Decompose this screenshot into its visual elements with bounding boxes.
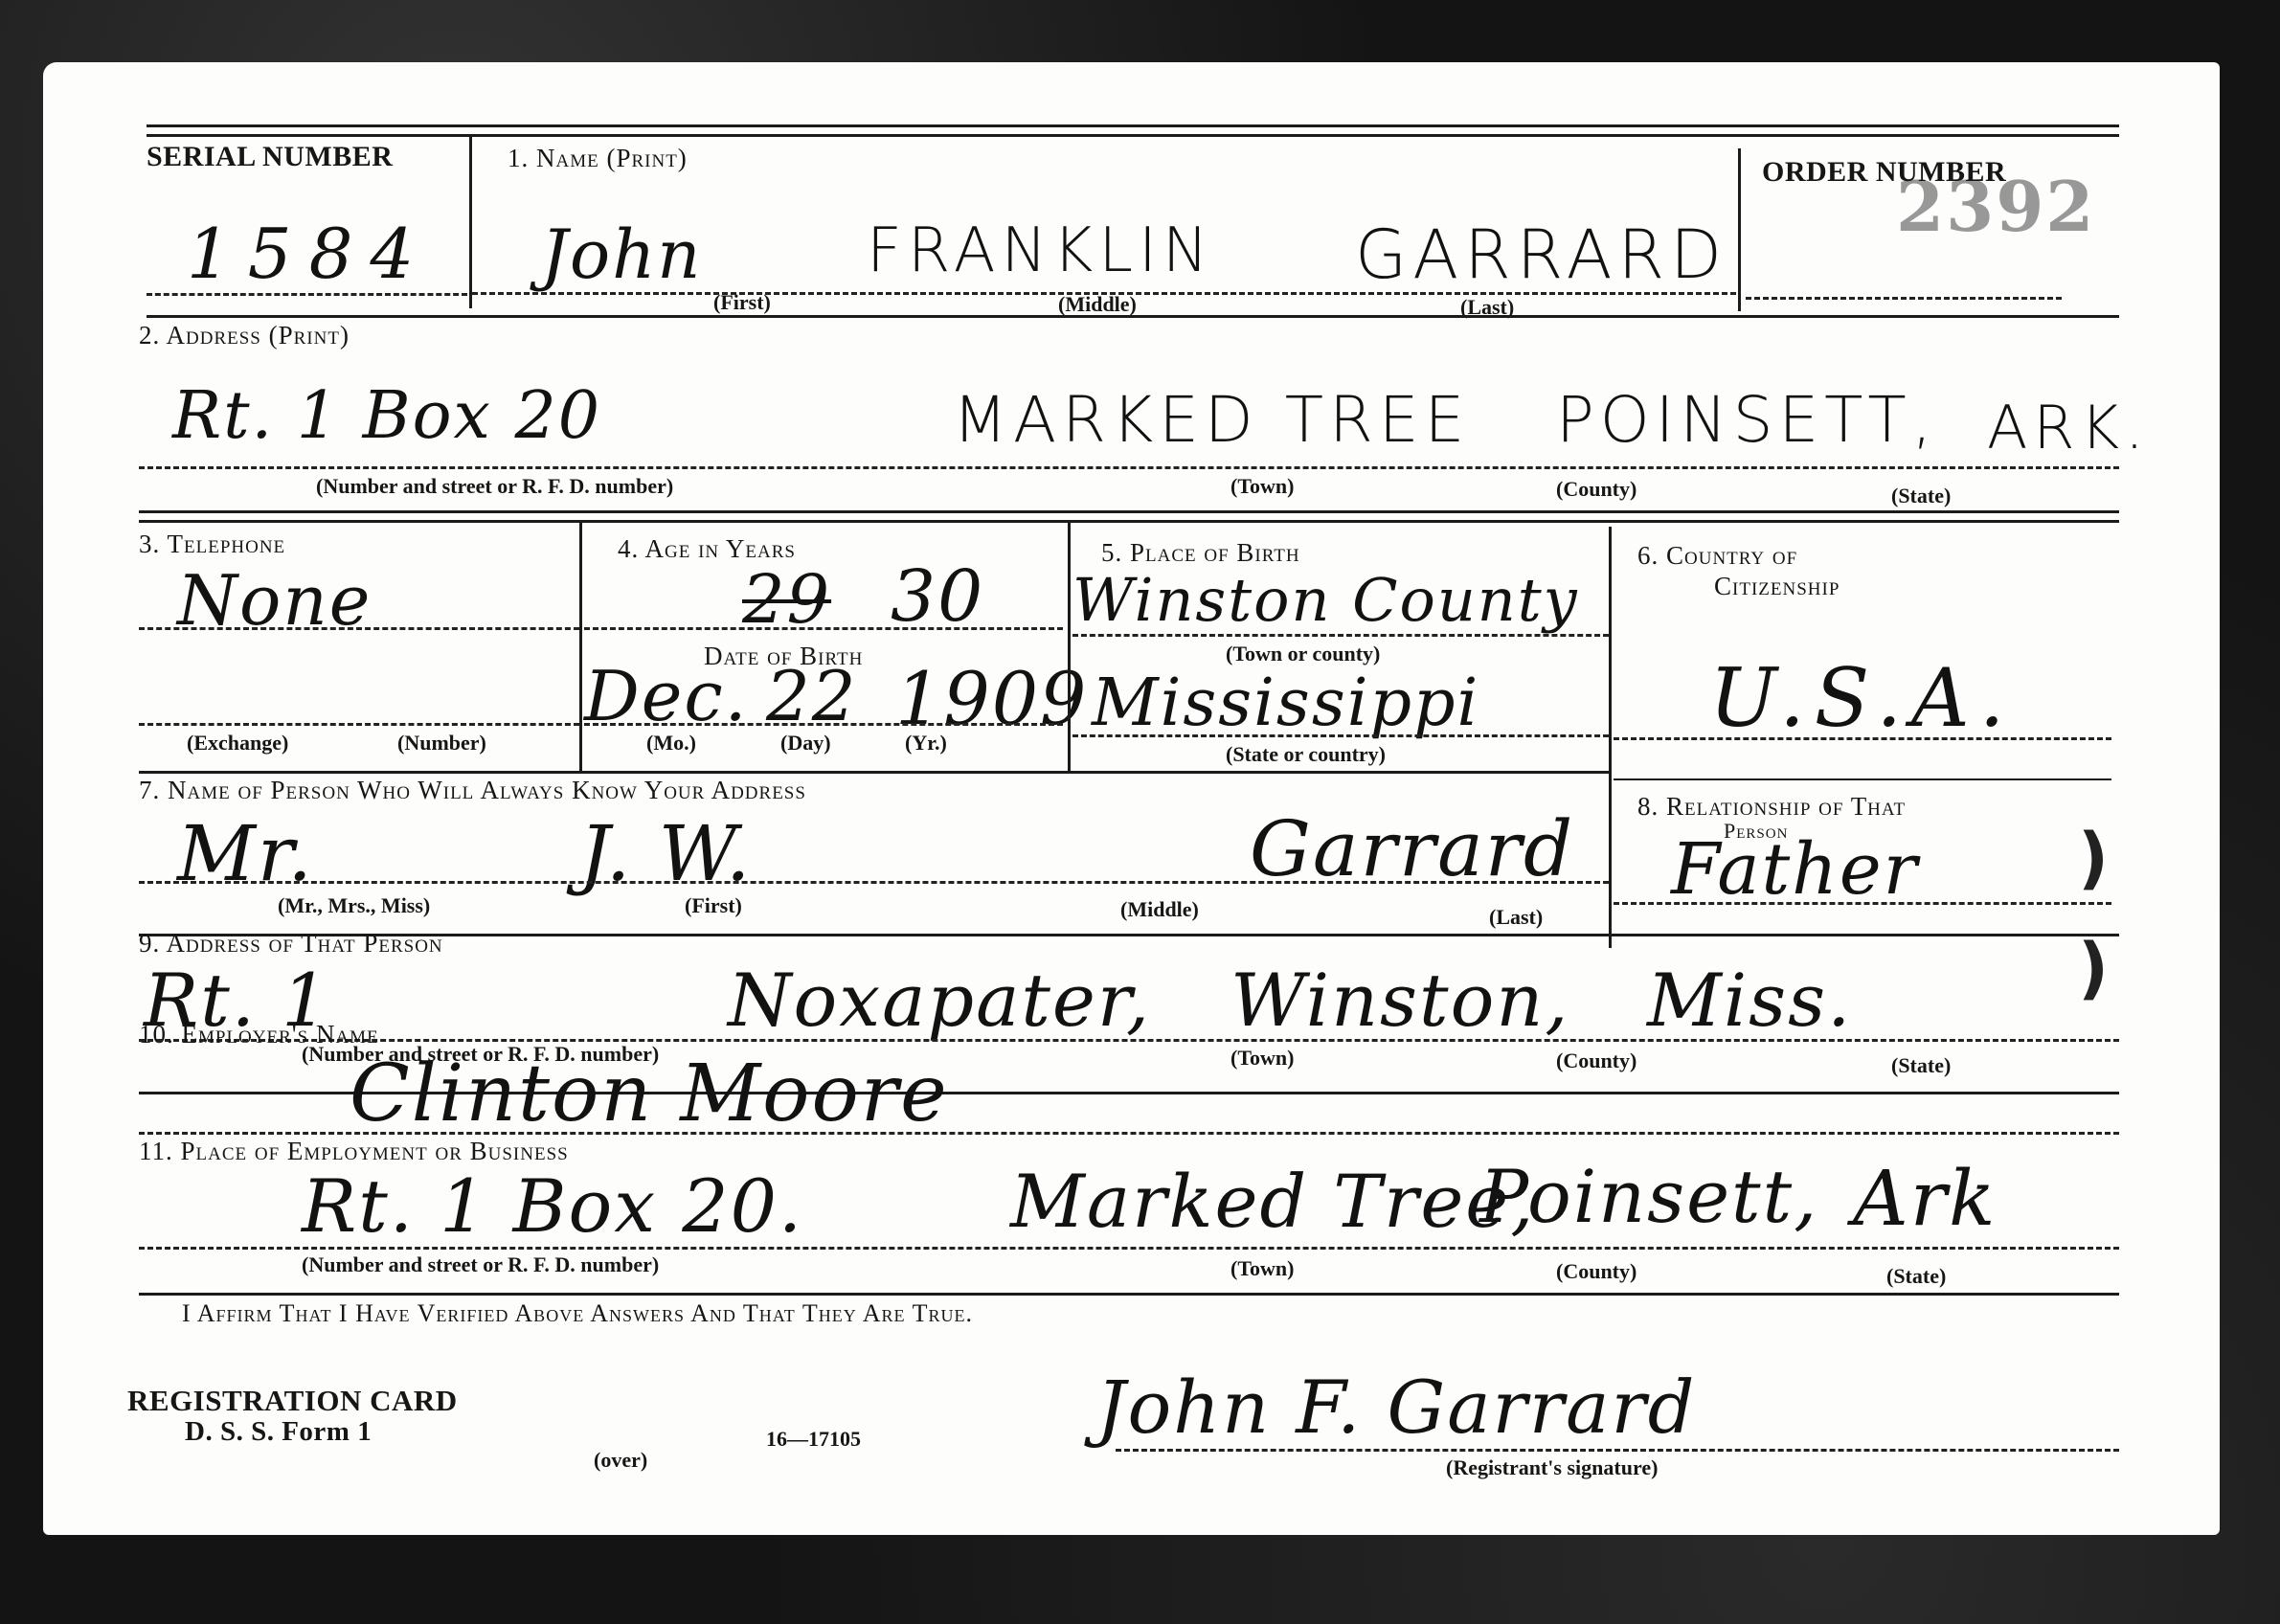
registrant-signature: John F. Garrard	[1096, 1365, 1696, 1450]
telephone-label: 3. Telephone	[139, 530, 285, 559]
contact-title-value: Mr.	[177, 809, 314, 898]
contact-address-state-sub: (State)	[1891, 1053, 1951, 1078]
address-town-value: MARKED TREE	[953, 383, 1470, 457]
employment-label: 11. Place of Employment or Business	[139, 1137, 569, 1166]
relationship-top-rule	[1614, 778, 2111, 780]
serial-divider	[469, 136, 472, 308]
address-street-sub: (Number and street or R. F. D. number)	[316, 474, 673, 499]
employment-line	[139, 1247, 2119, 1250]
margin-bracket-1: )	[2078, 819, 2109, 897]
name-middle-sub: (Middle)	[1058, 292, 1137, 317]
row2-bottom-rule-2	[139, 520, 2119, 523]
col-divider-1	[579, 522, 582, 771]
row1-bottom-rule	[147, 315, 2119, 318]
contact-line	[139, 881, 1609, 884]
contact-title-sub: (Mr., Mrs., Miss)	[278, 893, 430, 918]
citizenship-label-2: Citizenship	[1714, 572, 1840, 601]
name-last-value: GARRARD	[1355, 215, 1727, 294]
employment-state-value: Ark	[1853, 1154, 1998, 1243]
address-state-value: ARK.	[1987, 393, 2150, 462]
employer-value: Clinton Moore	[350, 1049, 949, 1139]
birthplace-town-value: Winston County	[1072, 565, 1579, 635]
form-over: (over)	[594, 1448, 647, 1473]
birthplace-label: 5. Place of Birth	[1101, 538, 1300, 568]
address-street-value: Rt. 1 Box 20	[172, 378, 601, 454]
address-label: 2. Address (Print)	[139, 321, 350, 350]
employment-town-sub: (Town)	[1230, 1256, 1294, 1281]
dob-line	[584, 723, 1063, 726]
contact-address-town-sub: (Town)	[1230, 1046, 1294, 1071]
name-middle-value: FRANKLIN	[867, 215, 1214, 286]
name-label: 1. Name (Print)	[508, 144, 688, 173]
telephone-number-sub: (Number)	[397, 731, 486, 756]
relationship-label-1: 8. Relationship of That	[1637, 792, 1906, 822]
birthplace-town-line	[1072, 634, 1609, 637]
dob-year-sub: (Yr.)	[905, 731, 947, 756]
citizenship-label-1: 6. Country of	[1637, 541, 1797, 571]
top-rule	[147, 124, 2119, 127]
employment-county-value: Poinsett,	[1479, 1154, 1818, 1239]
employment-town-value: Marked Tree,	[1010, 1159, 1535, 1244]
address-line	[139, 466, 2119, 469]
address-state-sub: (State)	[1891, 484, 1951, 508]
contact-address-county-value: Winston,	[1230, 958, 1569, 1043]
contact-first-value: J. W.	[579, 809, 752, 898]
dob-month-sub: (Mo.)	[646, 731, 696, 756]
form-print-code: 16—17105	[766, 1427, 861, 1452]
contact-middle-sub: (Middle)	[1120, 897, 1199, 922]
employer-line	[139, 1132, 2119, 1135]
top-rule-2	[147, 134, 2119, 137]
serial-number-label: SERIAL NUMBER	[147, 141, 393, 173]
relationship-line	[1614, 902, 2111, 905]
row2-bottom-rule	[139, 510, 2119, 513]
contact-last-sub: (Last)	[1489, 905, 1543, 930]
row3-bottom-rule	[139, 771, 1609, 774]
affirmation-text: I Affirm That I Have Verified Above Answ…	[182, 1299, 973, 1328]
name-first-sub: (First)	[713, 290, 771, 315]
citizenship-line	[1614, 737, 2111, 740]
dob-year-value: 1909	[895, 656, 1088, 741]
employment-state-sub: (State)	[1886, 1264, 1946, 1289]
contact-address-town-value: Noxapater,	[728, 958, 1151, 1043]
name-first-value: John	[541, 215, 702, 294]
form-title: REGISTRATION CARD	[127, 1384, 458, 1418]
address-county-sub: (County)	[1556, 477, 1637, 502]
contact-address-state-value: Miss.	[1647, 958, 1852, 1043]
dob-day-sub: (Day)	[780, 731, 831, 756]
birthplace-state-sub: (State or country)	[1226, 742, 1386, 767]
contact-label: 7. Name of Person Who Will Always Know Y…	[139, 776, 806, 805]
age-line	[584, 627, 1063, 630]
signature-line	[1116, 1449, 2119, 1452]
serial-number-line	[147, 293, 467, 296]
employment-street-value: Rt. 1 Box 20.	[302, 1163, 803, 1249]
telephone-exchange-sub: (Exchange)	[187, 731, 288, 756]
signature-sub: (Registrant's signature)	[1446, 1455, 1658, 1480]
contact-address-label: 9. Address of That Person	[139, 929, 443, 959]
margin-bracket-2: )	[2078, 929, 2109, 1007]
order-number-label: ORDER NUMBER	[1762, 156, 2006, 189]
row7-bottom-rule	[139, 1293, 2119, 1296]
birthplace-state-value: Mississippi	[1092, 665, 1479, 741]
employment-county-sub: (County)	[1556, 1259, 1637, 1284]
citizenship-value: U.S.A.	[1709, 651, 2014, 745]
employer-label-visible: 10. Employer's Name	[139, 1020, 379, 1049]
order-number-line	[1746, 297, 2062, 300]
col-divider-3	[1609, 527, 1612, 948]
contact-first-sub: (First)	[685, 893, 742, 918]
telephone-line-2	[139, 723, 579, 726]
birthplace-town-sub: (Town or county)	[1226, 642, 1380, 666]
contact-address-county-sub: (County)	[1556, 1049, 1637, 1073]
form-id: D. S. S. Form 1	[185, 1416, 372, 1448]
serial-number-value: 1584	[187, 214, 431, 294]
address-county-value: POINSETT,	[1556, 383, 1938, 457]
age-value: 30	[891, 555, 984, 638]
birthplace-state-line	[1072, 734, 1609, 737]
relationship-value: Father	[1671, 828, 1919, 911]
col-divider-2	[1068, 522, 1071, 771]
registration-card: SERIAL NUMBER 1584 1. Name (Print) John …	[43, 62, 2220, 1535]
address-town-sub: (Town)	[1230, 474, 1294, 499]
order-divider	[1738, 148, 1741, 311]
employment-street-sub: (Number and street or R. F. D. number)	[302, 1252, 659, 1277]
telephone-line	[139, 627, 579, 630]
